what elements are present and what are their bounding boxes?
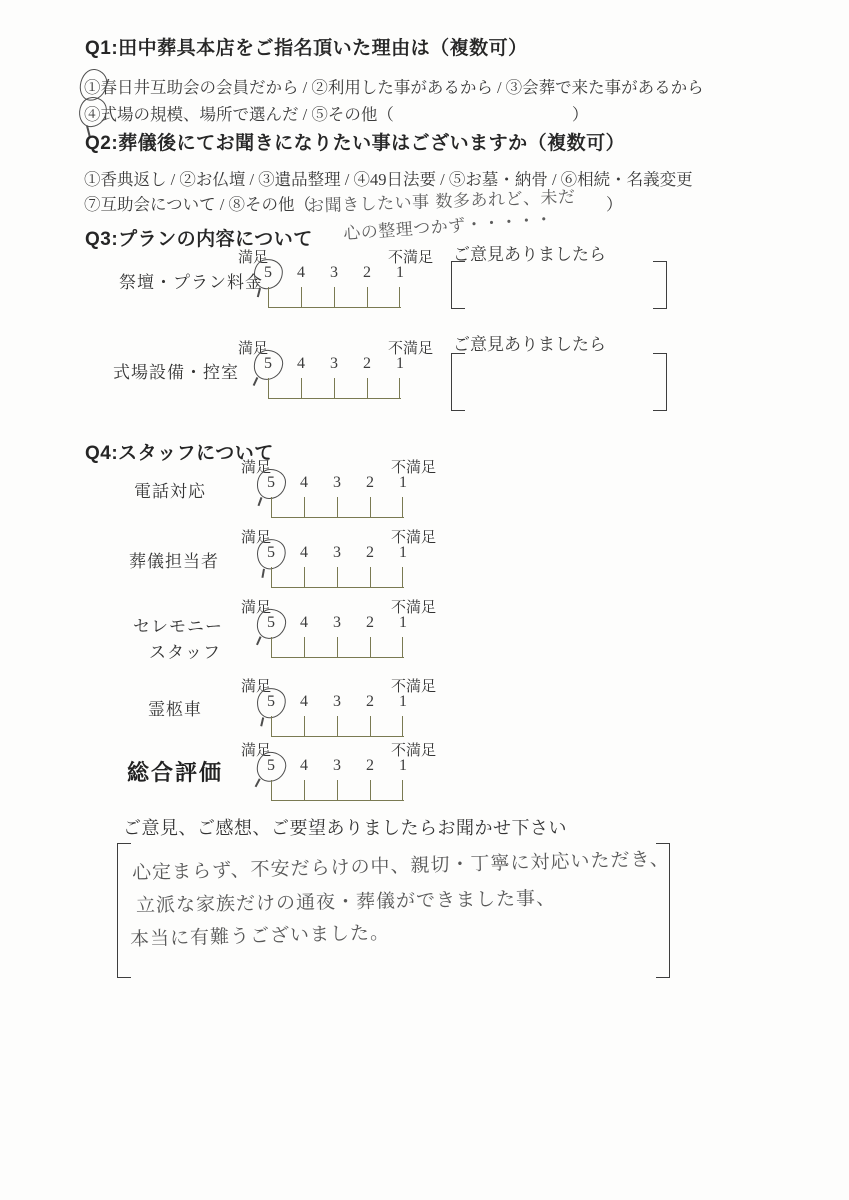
- q3-comment-label-2: ご意見ありましたら: [453, 330, 606, 355]
- scale-tick-5: [271, 567, 272, 587]
- scale-number-1: 1: [394, 474, 412, 492]
- rating-scale-funeral-director: 満足不満足54321: [241, 526, 451, 590]
- scale-tick-3: [337, 567, 338, 587]
- scale-number-1: 1: [391, 264, 409, 282]
- rating-row-label-hall-facilities: 式場設備・控室: [113, 358, 239, 383]
- scale-number-3: 3: [328, 693, 346, 711]
- scale-tick-3: [334, 378, 335, 398]
- scale-number-4: 4: [295, 614, 313, 632]
- comments-prompt: ご意見、ご感想、ご要望ありましたらお聞かせ下さい: [123, 814, 567, 840]
- scale-ruler: [271, 567, 404, 588]
- scale-tick-1: [402, 637, 403, 657]
- scale-tick-1: [402, 716, 403, 736]
- rating-row-label-hearse: 霊柩車: [148, 695, 202, 720]
- left-bracket: [451, 261, 465, 309]
- q2-title: Q2:葬儀後にてお聞きになりたい事はございますか（複数可）: [85, 128, 625, 155]
- scale-number-1: 1: [394, 544, 412, 562]
- rating-row-label-ceremony-staff-line1: セレモニー: [133, 612, 223, 637]
- q1-options-line-2: ④式場の規模、場所で選んだ / ⑤その他（）: [84, 101, 588, 125]
- scale-number-1: 1: [391, 355, 409, 373]
- scale-tick-3: [337, 637, 338, 657]
- selected-rating-circle-mark: [255, 686, 287, 719]
- scale-tick-2: [370, 780, 371, 800]
- scale-number-3: 3: [328, 757, 346, 775]
- scale-tick-5: [271, 637, 272, 657]
- rating-scale-ceremony-staff: 満足不満足54321: [241, 596, 451, 660]
- scale-tick-3: [334, 287, 335, 307]
- scale-tick-2: [370, 637, 371, 657]
- scale-number-2: 2: [361, 757, 379, 775]
- scale-tick-1: [399, 287, 400, 307]
- scale-number-2: 2: [361, 614, 379, 632]
- scale-number-3: 3: [325, 264, 343, 282]
- q3-comment-box-1: [451, 261, 667, 309]
- scale-tick-2: [370, 497, 371, 517]
- scale-number-3: 3: [328, 614, 346, 632]
- scale-number-4: 4: [292, 264, 310, 282]
- scale-tick-1: [402, 567, 403, 587]
- scale-number-3: 3: [328, 544, 346, 562]
- scale-tick-2: [370, 567, 371, 587]
- q1-options-line-2-text: ④式場の規模、場所で選んだ / ⑤その他（: [84, 105, 394, 124]
- scale-tick-5: [268, 378, 269, 398]
- scale-number-2: 2: [358, 264, 376, 282]
- survey-form-page: Q1:田中葬具本店をご指名頂いた理由は（複数可） ①春日井互助会の会員だから /…: [0, 0, 849, 1200]
- scale-tick-1: [402, 497, 403, 517]
- scale-number-1: 1: [394, 614, 412, 632]
- scale-tick-1: [402, 780, 403, 800]
- rating-scale-hearse: 満足不満足54321: [241, 675, 451, 739]
- rating-row-label-overall: 総合評価: [127, 756, 223, 787]
- q2-options-line-2-text: ⑦互助会について / ⑧その他（: [84, 195, 311, 214]
- right-bracket: [653, 353, 667, 411]
- scale-tick-3: [337, 780, 338, 800]
- scale-ruler: [271, 637, 404, 658]
- scale-ruler: [271, 716, 404, 737]
- rating-scale-altar-plan-fee: 満足不満足54321: [238, 246, 448, 310]
- scale-tick-3: [337, 716, 338, 736]
- scale-tick-4: [304, 637, 305, 657]
- scale-tick-2: [367, 287, 368, 307]
- q1-close-paren: ）: [572, 105, 589, 124]
- rating-scale-phone: 満足不満足54321: [241, 456, 451, 520]
- q1-options-line-1: ①春日井互助会の会員だから / ②利用した事があるから / ③会葬で来た事がある…: [84, 74, 704, 98]
- scale-number-4: 4: [295, 757, 313, 775]
- scale-tick-4: [301, 287, 302, 307]
- scale-number-4: 4: [295, 693, 313, 711]
- selected-rating-circle-mark: [253, 349, 285, 381]
- scale-number-4: 4: [295, 474, 313, 492]
- rating-row-label-ceremony-staff-line2: スタッフ: [149, 638, 221, 663]
- scale-ruler: [268, 378, 401, 399]
- scale-number-4: 4: [295, 544, 313, 562]
- rating-scale-hall-facilities: 満足不満足54321: [238, 337, 448, 401]
- selected-rating-circle-mark: [253, 258, 285, 291]
- scale-tick-5: [271, 716, 272, 736]
- scale-number-3: 3: [325, 355, 343, 373]
- q2-options-line-1: ①香典返し / ②お仏壇 / ③遺品整理 / ④49日法要 / ⑤お墓・納骨 /…: [84, 166, 693, 190]
- rating-row-label-phone: 電話対応: [134, 477, 206, 502]
- scale-ruler: [271, 497, 404, 518]
- left-bracket: [451, 353, 465, 411]
- scale-ruler: [268, 287, 401, 308]
- scale-tick-5: [271, 780, 272, 800]
- selected-rating-circle-mark: [257, 469, 286, 499]
- q2-close-paren: ）: [606, 195, 623, 214]
- scale-tick-5: [268, 287, 269, 307]
- scale-number-2: 2: [361, 474, 379, 492]
- scale-tick-4: [304, 567, 305, 587]
- scale-number-2: 2: [361, 544, 379, 562]
- scale-tick-1: [399, 378, 400, 398]
- scale-number-2: 2: [361, 693, 379, 711]
- scale-tick-4: [304, 497, 305, 517]
- scale-number-1: 1: [394, 693, 412, 711]
- scale-number-4: 4: [292, 355, 310, 373]
- selected-rating-circle-mark: [256, 608, 287, 640]
- q3-comment-box-2: [451, 353, 667, 411]
- scale-tick-3: [337, 497, 338, 517]
- scale-number-1: 1: [394, 757, 412, 775]
- scale-number-3: 3: [328, 474, 346, 492]
- right-bracket: [653, 261, 667, 309]
- scale-tick-4: [304, 716, 305, 736]
- rating-scale-overall: 満足不満足54321: [241, 739, 451, 803]
- left-bracket: [117, 843, 131, 978]
- scale-tick-2: [367, 378, 368, 398]
- scale-tick-4: [304, 780, 305, 800]
- q1-title: Q1:田中葬具本店をご指名頂いた理由は（複数可）: [85, 33, 528, 60]
- scale-tick-2: [370, 716, 371, 736]
- scale-tick-5: [271, 497, 272, 517]
- rating-row-label-funeral-director: 葬儀担当者: [129, 547, 219, 572]
- scale-ruler: [271, 780, 404, 801]
- scale-tick-4: [301, 378, 302, 398]
- scale-number-2: 2: [358, 355, 376, 373]
